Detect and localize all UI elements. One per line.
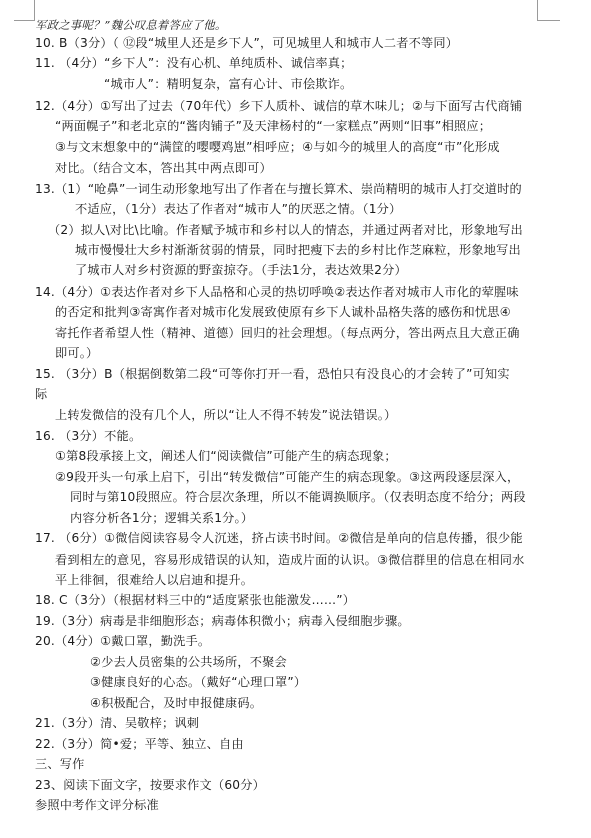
answer-text-line: 了城市人对乡村资源的野蛮掠夺。（手法1分，表达效果2分） bbox=[75, 262, 407, 278]
answer-text-line: ①第8段承接上文，阐述人们“阅读微信”可能产生的病态现象； bbox=[55, 448, 397, 464]
answer-text-line: 对比。（结合文本，答出其中两点即可） bbox=[55, 160, 272, 176]
answer-text-line: 20.（4分）①戴口罩，勤洗手。 bbox=[35, 633, 210, 649]
answer-text-line: （2）拟人\对比\比喻。作者赋予城市和乡村以人的情态，并通过两者对比，形象地写出 bbox=[48, 222, 523, 238]
answer-text-line: 寄托作者希望人性（精神、道德）回归的社会理想。（每点两分，答出两点且大意正确 bbox=[55, 325, 520, 341]
answer-text-line: 16. （3分）不能。 bbox=[35, 428, 141, 444]
answer-text-line: 城市慢慢壮大乡村渐渐贫弱的情景，同时把瘦下去的乡村比作芝麻粒，形象地写出 bbox=[75, 242, 521, 258]
answer-text-line: 平上徘徊，很难给人以启迪和提升。 bbox=[55, 572, 253, 588]
answer-text-line: ③健康良好的心态。（戴好“心理口罩”） bbox=[90, 674, 306, 690]
answer-text-line: 11. （4分）“乡下人”：没有心机、单纯质朴、诚信率真； bbox=[35, 55, 353, 71]
answer-text-line: 内容分析各1分；逻辑关系1分。） bbox=[70, 510, 253, 526]
quote-continuation-line: 军政之事呢？”魏公叹息着答应了他。 bbox=[35, 17, 226, 33]
answer-text-line: ②少去人员密集的公共场所，不聚会 bbox=[90, 654, 287, 670]
answer-text-line: 同时与第10段照应。符合层次条理，所以不能调换顺序。（仅表明态度不给分；两段 bbox=[70, 489, 526, 505]
answer-text-line: 21.（3分）清、吴敬梓；讽刺 bbox=[35, 715, 199, 731]
answer-text-line: 即可。） bbox=[55, 345, 98, 361]
answer-text-line: 15. （3分）B（根据倒数第二段“可等你打开一看，恐怕只有没良心的才会转了”可… bbox=[35, 366, 510, 382]
answer-text-line: 17. （6分）①微信阅读容易令人沉迷，挤占读书时间。②微信是单向的信息传播，很… bbox=[35, 530, 523, 546]
answer-text-line: 上转发微信的没有几个人，所以“让人不得不转发”说法错误。） bbox=[55, 407, 396, 423]
answer-text-line: 的否定和批判③寄寓作者对城市化发展致使原有乡下人诚朴品格失落的感伤和忧思④ bbox=[55, 304, 511, 320]
answer-text-line: 三、写作 bbox=[35, 756, 85, 772]
answer-text-line: ②9段开头一句承上启下，引出“转发微信”可能产生的病态现象。③这两段逐层深入， bbox=[55, 469, 519, 485]
answer-text-line: 18. C（3分）（根据材料三中的“适度紧张也能激发……”） bbox=[35, 592, 355, 608]
answer-text-line: 10. B（3分）（ ⑫段“城里人还是乡下人”，可见城里人和城市人二者不等同） bbox=[35, 35, 458, 51]
answer-text-line: 12.（4分）①写出了过去（70年代）乡下人质朴、诚信的草木味儿；②与下面写古代… bbox=[35, 98, 522, 114]
answer-text-line: 看到相左的意见，容易形成错误的认知，造成片面的认识。③微信群里的信息在相同水 bbox=[55, 552, 524, 568]
answer-text-line: 22.（3分）简•爱；平等、独立、自由 bbox=[35, 736, 244, 752]
answer-text-line: “城市人”：精明复杂，富有心计、市侩欺诈。 bbox=[104, 76, 352, 92]
answer-text-line: 13.（1）“呛鼻”一词生动形象地写出了作者在与擅长算术、崇尚精明的城市人打交道… bbox=[35, 181, 522, 197]
answer-text-line: 19.（3分）病毒是非细胞形态；病毒体积微小；病毒入侵细胞步骤。 bbox=[35, 613, 410, 629]
answer-text-line: 14.（4分）①表达作者对乡下人品格和心灵的热切呼唤②表达作者对城市人市化的荤腥… bbox=[35, 284, 519, 300]
answer-text-line: ④积极配合，及时申报健康码。 bbox=[90, 695, 262, 711]
answer-text-line: “两面幌子”和老北京的“酱肉铺子”及天津杨村的“一家糕点”两则“旧事”相照应； bbox=[55, 118, 491, 134]
answer-text-line: 23、阅读下面文字，按要求作文（60分） bbox=[35, 777, 265, 793]
answer-text-line: 际 bbox=[35, 386, 47, 402]
answer-text-line: 参照中考作文评分标准 bbox=[35, 797, 159, 813]
answer-text-line: ③与文末想象中的“满筐的嘤嘤鸡崽”相呼应；④与如今的城里人的高度“市”化形成 bbox=[55, 139, 500, 155]
answer-text-line: 不适应，（1分）表达了作者对“城市人”的厌恶之情。（1分） bbox=[75, 201, 401, 217]
page-corner-mark-right bbox=[537, 0, 560, 21]
page-corner-mark-left bbox=[14, 0, 35, 21]
